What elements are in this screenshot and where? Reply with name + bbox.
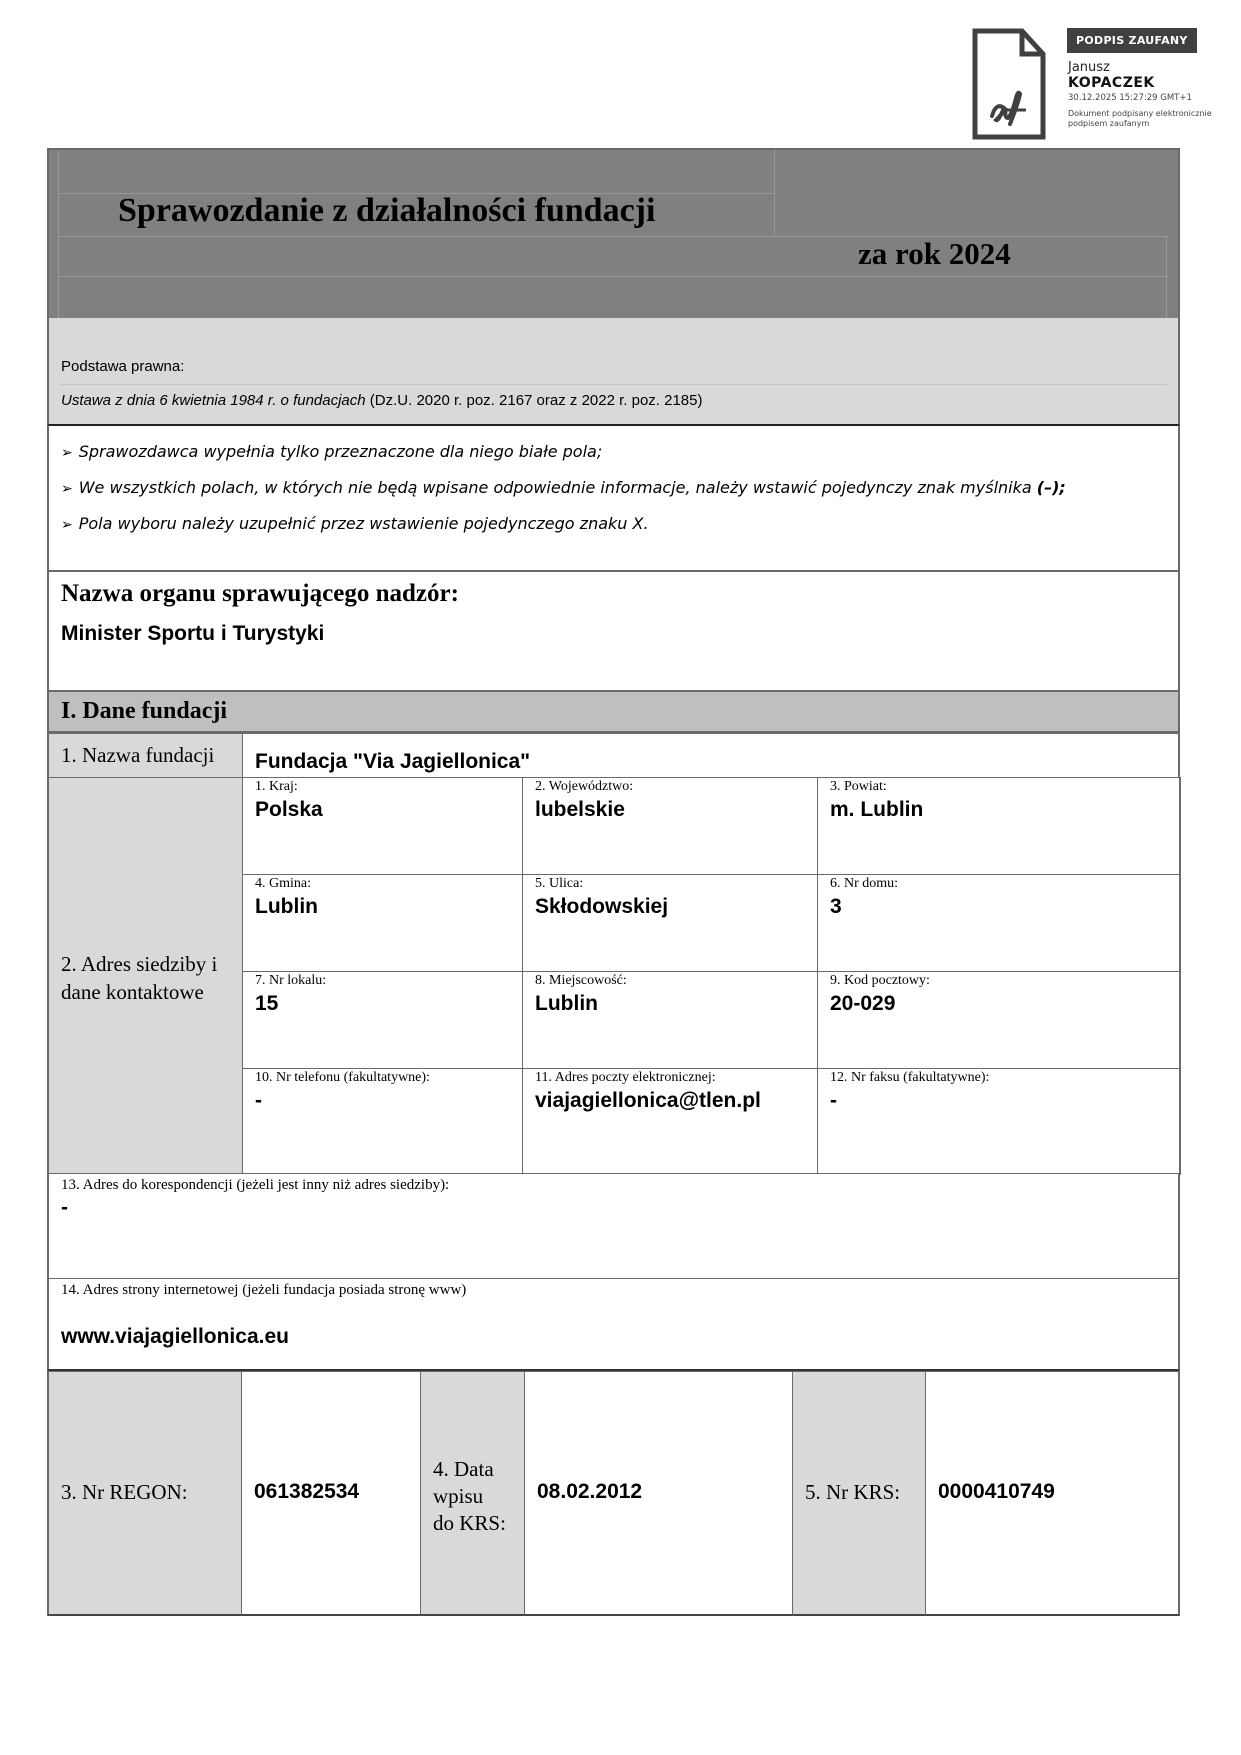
- address-field-cell: 8. Miejscowość:Lublin: [522, 971, 819, 1070]
- address-field-label: 10. Nr telefonu (fakultatywne):: [255, 1070, 430, 1086]
- supervisory-body-field[interactable]: Minister Sportu i Turystyki: [61, 622, 324, 646]
- header-grid-line: [58, 150, 59, 318]
- legal-basis-text: Ustawa z dnia 6 kwietnia 1984 r. o funda…: [61, 392, 703, 409]
- address-field-value[interactable]: 20-029: [830, 992, 895, 1016]
- header-grid-line: [58, 276, 1168, 277]
- legal-basis-label: Podstawa prawna:: [61, 358, 184, 375]
- address-field-cell: 4. Gmina:Lublin: [242, 874, 524, 973]
- krs-label: 5. Nr KRS:: [805, 1480, 900, 1505]
- signed-document-icon: [972, 28, 1046, 140]
- signer-last-name: KOPACZEK: [1068, 75, 1155, 91]
- address-field-cell: 6. Nr domu:3: [817, 874, 1181, 973]
- address-field-label: 9. Kod pocztowy:: [830, 973, 930, 989]
- krs-label-cell: 5. Nr KRS:: [792, 1371, 926, 1616]
- address-field-cell: 7. Nr lokalu:15: [242, 971, 524, 1070]
- signer-first-name: Janusz: [1068, 60, 1110, 75]
- regon-field[interactable]: 061382534: [254, 1480, 359, 1504]
- address-field-label: 3. Powiat:: [830, 779, 887, 795]
- report-title: Sprawozdanie z działalności fundacji: [118, 192, 655, 230]
- header-grid-line: [774, 150, 775, 236]
- legal-basis: Podstawa prawna: Ustawa z dnia 6 kwietni…: [47, 318, 1180, 424]
- supervisory-body-label: Nazwa organu sprawującego nadzór:: [61, 580, 459, 608]
- address-field-value[interactable]: lubelskie: [535, 798, 625, 822]
- correspondence-cell: 13. Adres do korespondencji (jeżeli jest…: [47, 1173, 1180, 1279]
- krs-date-label: 4. Data wpisu do KRS:: [433, 1456, 506, 1537]
- address-label: 2. Adres siedziby i dane kontaktowe: [61, 950, 241, 1006]
- instruction-item: ➢We wszystkich polach, w których nie będ…: [61, 478, 1066, 497]
- divider: [59, 384, 1167, 385]
- regon-label: 3. Nr REGON:: [61, 1480, 188, 1505]
- act-reference: (Dz.U. 2020 r. poz. 2167 oraz z 2022 r. …: [366, 392, 703, 409]
- address-field-label: 11. Adres poczty elektronicznej:: [535, 1070, 716, 1086]
- address-label-cell: 2. Adres siedziby i dane kontaktowe: [47, 777, 243, 1174]
- signature-note: Dokument podpisany elektronicznie podpis…: [1068, 109, 1238, 129]
- krs-cell: 0000410749: [925, 1371, 1180, 1616]
- foundation-name-cell: Fundacja "Via Jagiellonica": [242, 733, 1180, 778]
- address-field-value[interactable]: Lublin: [535, 992, 598, 1016]
- address-field-value[interactable]: m. Lublin: [830, 798, 923, 822]
- address-field-value[interactable]: Skłodowskiej: [535, 895, 668, 919]
- address-field-cell: 5. Ulica:Skłodowskiej: [522, 874, 819, 973]
- arrow-bullet-icon: ➢: [61, 517, 73, 533]
- website-label: 14. Adres strony internetowej (jeżeli fu…: [61, 1282, 466, 1299]
- address-field-label: 5. Ulica:: [535, 876, 583, 892]
- correspondence-label: 13. Adres do korespondencji (jeżeli jest…: [61, 1177, 449, 1194]
- address-field-cell: 2. Województwo:lubelskie: [522, 777, 819, 876]
- address-field-label: 7. Nr lokalu:: [255, 973, 326, 989]
- address-field-cell: 3. Powiat:m. Lublin: [817, 777, 1181, 876]
- instructions-box: ➢Sprawozdawca wypełnia tylko przeznaczon…: [47, 424, 1180, 572]
- address-field-cell: 9. Kod pocztowy:20-029: [817, 971, 1181, 1070]
- address-field-cell: 11. Adres poczty elektronicznej:viajagie…: [522, 1068, 819, 1175]
- act-name: Ustawa z dnia 6 kwietnia 1984 r. o funda…: [61, 392, 366, 409]
- arrow-bullet-icon: ➢: [61, 481, 73, 497]
- address-field-label: 2. Województwo:: [535, 779, 633, 795]
- address-field-label: 1. Kraj:: [255, 779, 298, 795]
- address-field-label: 4. Gmina:: [255, 876, 311, 892]
- address-field-cell: 10. Nr telefonu (fakultatywne):-: [242, 1068, 524, 1175]
- address-field-value[interactable]: Polska: [255, 798, 323, 822]
- address-field-cell: 12. Nr faksu (fakultatywne):-: [817, 1068, 1181, 1175]
- website-cell: 14. Adres strony internetowej (jeżeli fu…: [47, 1278, 1180, 1371]
- address-field-label: 6. Nr domu:: [830, 876, 898, 892]
- report-header: [47, 148, 1180, 318]
- address-field-label: 8. Miejscowość:: [535, 973, 627, 989]
- foundation-name-label-cell: 1. Nazwa fundacji: [47, 733, 243, 778]
- address-field-value[interactable]: -: [255, 1089, 262, 1113]
- address-field-value[interactable]: 3: [830, 895, 842, 919]
- address-field-value[interactable]: Lublin: [255, 895, 318, 919]
- address-field-value[interactable]: -: [830, 1089, 837, 1113]
- report-year: za rok 2024: [858, 236, 1011, 272]
- address-field-value[interactable]: viajagiellonica@tlen.pl: [535, 1089, 761, 1113]
- regon-cell: 061382534: [241, 1371, 421, 1616]
- address-field-value[interactable]: 15: [255, 992, 278, 1016]
- foundation-name-label: 1. Nazwa fundacji: [61, 743, 214, 768]
- website-field[interactable]: www.viajagiellonica.eu: [61, 1325, 289, 1349]
- trusted-signature-stamp: PODPIS ZAUFANY Janusz KOPACZEK 30.12.202…: [960, 20, 1241, 160]
- address-field-cell: 1. Kraj:Polska: [242, 777, 524, 876]
- instruction-item: ➢Sprawozdawca wypełnia tylko przeznaczon…: [61, 442, 602, 461]
- regon-label-cell: 3. Nr REGON:: [47, 1371, 242, 1616]
- section-title: I. Dane fundacji: [61, 698, 227, 725]
- krs-date-field[interactable]: 08.02.2012: [537, 1480, 642, 1504]
- signature-timestamp: 30.12.2025 15:27:29 GMT+1: [1068, 93, 1192, 103]
- supervisory-body: Nazwa organu sprawującego nadzór: Minist…: [47, 572, 1180, 690]
- instruction-item: ➢Pola wyboru należy uzupełnić przez wsta…: [61, 514, 649, 533]
- foundation-name-field[interactable]: Fundacja "Via Jagiellonica": [255, 750, 530, 774]
- krs-field[interactable]: 0000410749: [938, 1480, 1055, 1504]
- krs-date-cell: 08.02.2012: [524, 1371, 793, 1616]
- section-header: I. Dane fundacji: [47, 690, 1180, 733]
- address-field-label: 12. Nr faksu (fakultatywne):: [830, 1070, 989, 1086]
- correspondence-field[interactable]: -: [61, 1196, 68, 1220]
- krs-date-label-cell: 4. Data wpisu do KRS:: [420, 1371, 525, 1616]
- signature-badge: PODPIS ZAUFANY: [1067, 28, 1197, 53]
- arrow-bullet-icon: ➢: [61, 445, 73, 461]
